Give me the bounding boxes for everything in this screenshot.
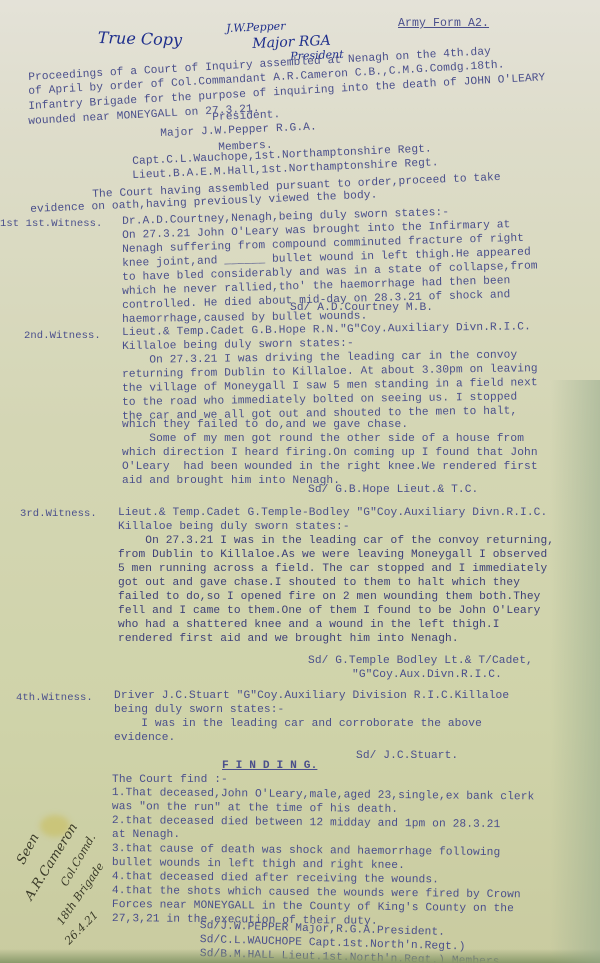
document-page: True Copy J.W.Pepper Major RGA President… — [0, 0, 600, 963]
witness-line: 5 men running across a field. The car st… — [118, 563, 547, 576]
witness-line: Driver J.C.Stuart "G"Coy.Auxiliary Divis… — [114, 690, 509, 703]
true-copy-annotation: True Copy — [97, 28, 182, 49]
finding-title: F I N D I N G. — [222, 760, 317, 773]
witness-line: rendered first aid and we brought him in… — [118, 633, 459, 646]
witness-label: 3rd.Witness. — [20, 508, 97, 521]
witness-line: which direction I heard firing.On coming… — [122, 447, 538, 460]
witness-line: On 27.3.21 I was in the leading car of t… — [118, 535, 554, 548]
page-edge — [0, 949, 600, 963]
witness-line: O'Leary had been wounded in the right kn… — [122, 461, 538, 474]
witness-line: evidence. — [114, 732, 175, 745]
finding-intro: The Court find :- — [112, 774, 228, 787]
witness-label-text: 1st.Witness. — [26, 218, 103, 230]
witness-signature: "G"Coy.Aux.Divn.R.I.C. — [352, 669, 502, 682]
signature-annotation: J.W.Pepper — [226, 20, 286, 35]
form-number: Army Form A2. — [398, 17, 489, 30]
witness-line: who had a shattered knee and a wound in … — [118, 619, 500, 632]
margin-note-line: Seen — [14, 831, 43, 867]
witness-line: Some of my men got round the other side … — [122, 433, 524, 446]
witness-signature: Sd/ A.D.Courtney M.B. — [290, 302, 433, 315]
witness-line: Lieut.& Temp.Cadet G.Temple-Bodley "G"Co… — [118, 507, 547, 520]
witness-line: failed to do,so I opened fire on 2 men w… — [118, 591, 540, 604]
margin-note: Seen A.R.Cameron Col.Comd. 18th Brigade … — [10, 820, 110, 950]
witness-label: 4th.Witness. — [16, 692, 93, 705]
finding-line: at Nenagh. — [112, 829, 180, 842]
witness-signature: Sd/ G.B.Hope Lieut.& T.C. — [308, 484, 478, 497]
witness-label: 2nd.Witness. — [24, 330, 101, 343]
witness-line: Killaloe being duly sworn states:- — [118, 521, 350, 534]
president-name: Major J.W.Pepper R.G.A. — [160, 121, 317, 141]
witness-line: got out and gave chase.I shouted to them… — [118, 577, 520, 590]
witness-line: being duly sworn states:- — [114, 704, 284, 717]
witness-signature: Sd/ G.Temple Bodley Lt.& T/Cadet, — [308, 655, 533, 668]
witness-line: from Dublin to Killaloe.As we were leavi… — [118, 549, 547, 562]
witness-line: fell and I came to them.One of them I fo… — [118, 605, 540, 618]
margin-prefix: 1st — [0, 218, 19, 230]
witness-line: which they failed to do,and we gave chas… — [122, 419, 408, 432]
witness-signature: Sd/ J.C.Stuart. — [356, 750, 458, 763]
witness-label: 1st 1st.Witness. — [0, 218, 102, 231]
witness-line: I was in the leading car and corroborate… — [114, 718, 482, 731]
